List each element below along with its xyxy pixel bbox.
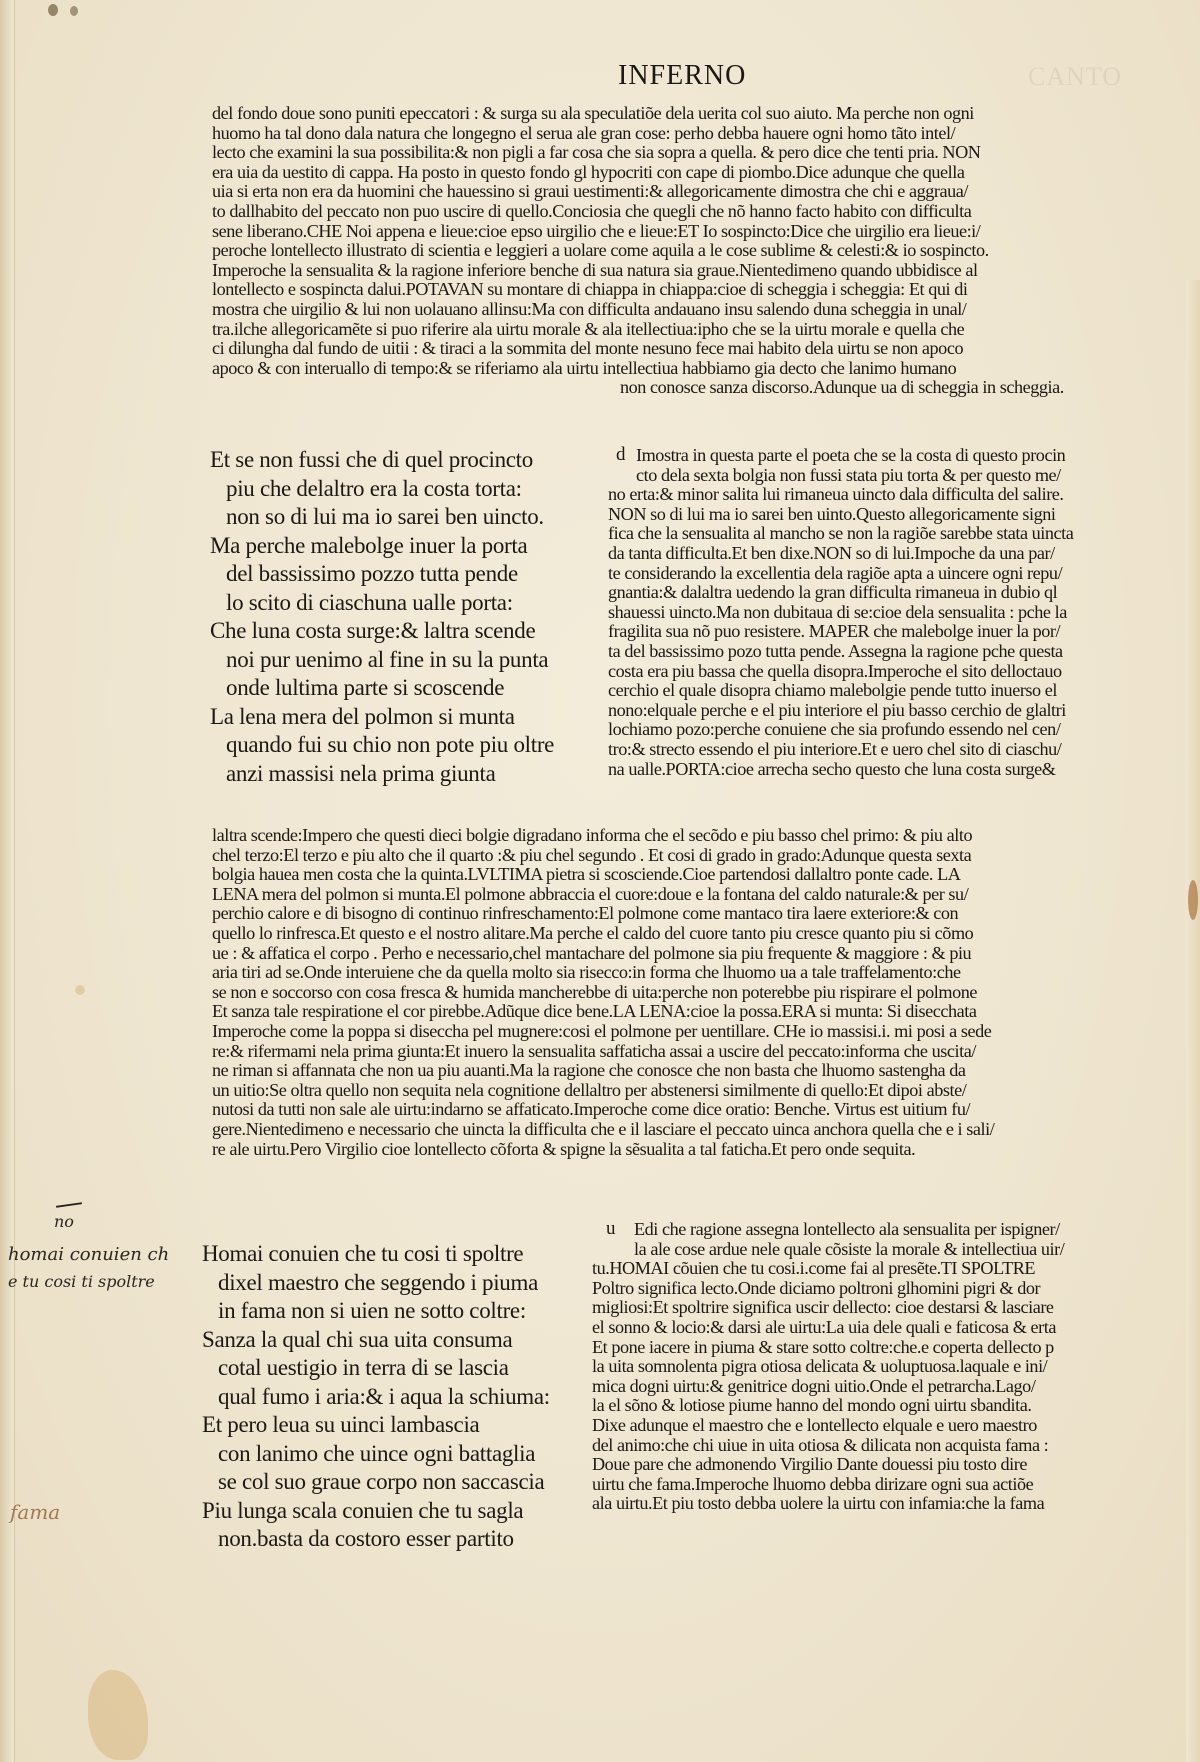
margin-note-mark: no — [54, 1212, 74, 1231]
commentary-line: la el sõno & lotiose piume hanno del mon… — [592, 1396, 1188, 1416]
commentary-line: to dallhabito del peccato non puo uscire… — [212, 202, 1182, 222]
commentary-line: re ale uirtu.Pero Virgilio cioe lontelle… — [212, 1140, 1182, 1160]
commentary-line: tra.ilche allegoricamẽte si puo riferire… — [212, 320, 1182, 340]
commentary-line: ne riman si affannata che non ua piu aua… — [212, 1061, 1182, 1081]
canto-show-through: CANTO — [1028, 62, 1122, 92]
verse-line: quando fui su chio non pote piu oltre — [210, 731, 600, 760]
commentary-line: Imperoche come la poppa si disecchа pel … — [212, 1022, 1182, 1042]
commentary-line: NON so di lui ma io sarei ben uinto.Ques… — [608, 505, 1188, 525]
commentary-line: perchio calore e di bisogno di continuo … — [212, 904, 1182, 924]
commentary-line: cto dela sexta bolgia non fussi stata pi… — [608, 466, 1188, 486]
water-stain — [1188, 880, 1198, 920]
water-stain — [88, 1670, 148, 1760]
commentary-line: na ualle.PORTA:cioe arrecha secho questo… — [608, 760, 1188, 780]
commentary-line: LENA mera del polmon si munta.El polmone… — [212, 885, 1182, 905]
verse-line: dixel maestro che seggendo i piuma — [202, 1269, 597, 1298]
commentary-line: re:& rifermami nela prima giunta:Et inue… — [212, 1042, 1182, 1062]
commentary-line: tro:& strecto essendo el piu interiore.E… — [608, 740, 1188, 760]
commentary-line: la uita somnolenta pigra otiosa delicata… — [592, 1357, 1188, 1377]
water-stain — [75, 985, 85, 995]
commentary-line: apoco & con interuallo di tempo:& se rif… — [212, 359, 1182, 379]
page-edge — [1186, 280, 1200, 1762]
verse-line: se col suo graue corpo non saccascia — [202, 1468, 597, 1497]
commentary-line: da tanta difficulta.Et ben dixe.NON so d… — [608, 544, 1188, 564]
commentary-line: ue : & affatica el corpo . Perho e neces… — [212, 944, 1182, 964]
commentary-line: cerchio el quale disopra chiamo malebolg… — [608, 681, 1188, 701]
commentary-line: la ale cose ardue nele quale cõsiste la … — [592, 1240, 1188, 1260]
commentary-line: laltra scende:Impero che questi dieci bo… — [212, 826, 1182, 846]
commentary-top: del fondo doue sono puniti epeccatori : … — [212, 104, 1182, 398]
verse-line: non so di lui ma io sarei ben uincto. — [210, 503, 600, 532]
commentary-middle: laltra scende:Impero che questi dieci bo… — [212, 826, 1182, 1159]
commentary-line: Et pone iacere in piuma & stare sotto co… — [592, 1338, 1188, 1358]
verse-line: Sanza la qual chi sua uita consuma — [202, 1326, 597, 1355]
commentary-line: del fondo doue sono puniti epeccatori : … — [212, 104, 1182, 124]
verse-line: La lena mera del polmon si munta — [210, 703, 600, 732]
commentary-line: mostra che uirgilio & lui non uolauano a… — [212, 300, 1182, 320]
commentary-line: lochiamo pozo:perche conuiene che sia pr… — [608, 720, 1188, 740]
ink-stain — [70, 6, 78, 16]
commentary-line: nono:elquale perche e el piu interiore e… — [608, 701, 1188, 721]
commentary-line: ta del bassissimo pozo tutta pende. Asse… — [608, 642, 1188, 662]
commentary-line: se non e soccorso con cosa fresca & humi… — [212, 983, 1182, 1003]
commentary-line: mica dogni uirtu:& genitrice dogni uitio… — [592, 1377, 1188, 1397]
commentary-line: uia si erta non era da huomini che haues… — [212, 182, 1182, 202]
commentary-line: lecto che examini la sua possibilita:& n… — [212, 143, 1182, 163]
ink-stain — [48, 4, 58, 16]
commentary-line: ala uirtu.Et piu tosto debba uolere la u… — [592, 1494, 1188, 1514]
commentary-line: peroche lontellecto illustrato di scient… — [212, 241, 1182, 261]
verse-line: in fama non si uien ne sotto coltre: — [202, 1297, 597, 1326]
verse-line: Ma perche malebolge inuer la porta — [210, 532, 600, 561]
verse-block-2: Homai conuien che tu cosi ti spoltre dix… — [202, 1240, 597, 1554]
verse-line: Et pero leua su uinci lambascia — [202, 1411, 597, 1440]
commentary-line: costa era piu bassa che quella disopra.I… — [608, 662, 1188, 682]
verse-line: qual fumo i aria:& i aqua la schiuma: — [202, 1383, 597, 1412]
commentary-line: ci dilungha dal fundo de uitii : & tirac… — [212, 339, 1182, 359]
commentary-line: tu.HOMAI cõuien che tu cosi.i.come fai a… — [592, 1259, 1188, 1279]
commentary-line: el sonno & locio:& darsi ale uirtu:La ui… — [592, 1318, 1188, 1338]
verse-line: con lanimo che uince ogni battaglia — [202, 1440, 597, 1469]
commentary-line: shauessi uincto.Ma non dubitaua di se:ci… — [608, 603, 1188, 623]
commentary-line: lontellecto e sospincta dalui.POTAVAN su… — [212, 280, 1182, 300]
commentary-line: quello lo rinfresca.Et questo e el nostr… — [212, 924, 1182, 944]
commentary-line: no erta:& minor salita lui rimaneua uinc… — [608, 485, 1188, 505]
commentary-line: te considerando la excellentia dela ragi… — [608, 564, 1188, 584]
commentary-line: Imperoche la sensualita & la ragione inf… — [212, 261, 1182, 281]
margin-mark — [56, 1202, 82, 1208]
verse-block-1: Et se non fussi che di quel procincto pi… — [210, 446, 600, 788]
commentary-right-1: Imostra in questa parte el poeta che se … — [608, 446, 1188, 779]
commentary-line: Et sanza tale respiratione el cor pirebb… — [212, 1002, 1182, 1022]
commentary-line: era uia da uestito di cappa. Ha posto in… — [212, 163, 1182, 183]
verse-line: Piu lunga scala conuien che tu sagla — [202, 1497, 597, 1526]
verse-line: Et se non fussi che di quel procincto — [210, 446, 600, 475]
commentary-line: uirtu che fama.Imperoche lhuomo debba di… — [592, 1475, 1188, 1495]
commentary-line: huomo ha tal dono dala natura che longeg… — [212, 124, 1182, 144]
commentary-line: gere.Nientedimeno e necessario che uinct… — [212, 1120, 1182, 1140]
commentary-right-2: Edi che ragione assegna lontellecto ala … — [592, 1220, 1188, 1514]
commentary-line: Poltro significa lecto.Onde diciamo polt… — [592, 1279, 1188, 1299]
margin-note-line-2: e tu cosi ti spoltre — [8, 1272, 155, 1291]
commentary-line: aria tiri ad se.Onde interuiene che da q… — [212, 963, 1182, 983]
commentary-line: Imostra in questa parte el poeta che se … — [608, 446, 1188, 466]
margin-note-fama: fama — [10, 1500, 60, 1524]
commentary-line: gnantia:& dalaltra uedendo la gran diffi… — [608, 583, 1188, 603]
commentary-line: del animo:che chi uiue in uita otiosa & … — [592, 1436, 1188, 1456]
page-gutter — [0, 0, 15, 1762]
margin-note-line-1: homai conuien ch — [8, 1244, 169, 1265]
commentary-line: fragilita sua nõ puo resistere. MAPER ch… — [608, 622, 1188, 642]
verse-line: del bassissimo pozzo tutta pende — [210, 560, 600, 589]
commentary-line: migliosi:Et spoltrire significa uscir de… — [592, 1298, 1188, 1318]
book-page: CANTO INFERNO del fondo doue sono puniti… — [0, 0, 1200, 1762]
verse-line: onde lultima parte si scoscende — [210, 674, 600, 703]
commentary-line: bolgia hauea men costa che la quinta.LVL… — [212, 865, 1182, 885]
commentary-line: sene liberano.CHE Noi appena e lieue:cio… — [212, 222, 1182, 242]
commentary-line: un uitio:Se oltra quello non sequita nel… — [212, 1081, 1182, 1101]
commentary-line: Doue pare che admonendo Virgilio Dante d… — [592, 1455, 1188, 1475]
verse-line: cotal uestigio in terra di se lascia — [202, 1354, 597, 1383]
verse-line: Homai conuien che tu cosi ti spoltre — [202, 1240, 597, 1269]
commentary-line: nutosi da tutti non sale ale uirtu:indar… — [212, 1100, 1182, 1120]
verse-line: non.basta da costoro esser partito — [202, 1525, 597, 1554]
verse-line: anzi massisi nela prima giunta — [210, 760, 600, 789]
running-head: INFERNO — [618, 60, 746, 92]
verse-line: piu che delaltro era la costa torta: — [210, 475, 600, 504]
commentary-line: non conosce sanza discorso.Adunque ua di… — [212, 378, 1182, 398]
commentary-line: Dixe adunque el maestro che e lontellect… — [592, 1416, 1188, 1436]
verse-line: Che luna costa surge:& laltra scende — [210, 617, 600, 646]
commentary-line: Edi che ragione assegna lontellecto ala … — [592, 1220, 1188, 1240]
commentary-line: chel terzo:El terzo e piu alto che il qu… — [212, 846, 1182, 866]
commentary-line: fica che la sensualita al mancho se non … — [608, 524, 1188, 544]
verse-line: lo scito di ciaschuna ualle porta: — [210, 589, 600, 618]
verse-line: noi pur uenimo al fine in su la punta — [210, 646, 600, 675]
